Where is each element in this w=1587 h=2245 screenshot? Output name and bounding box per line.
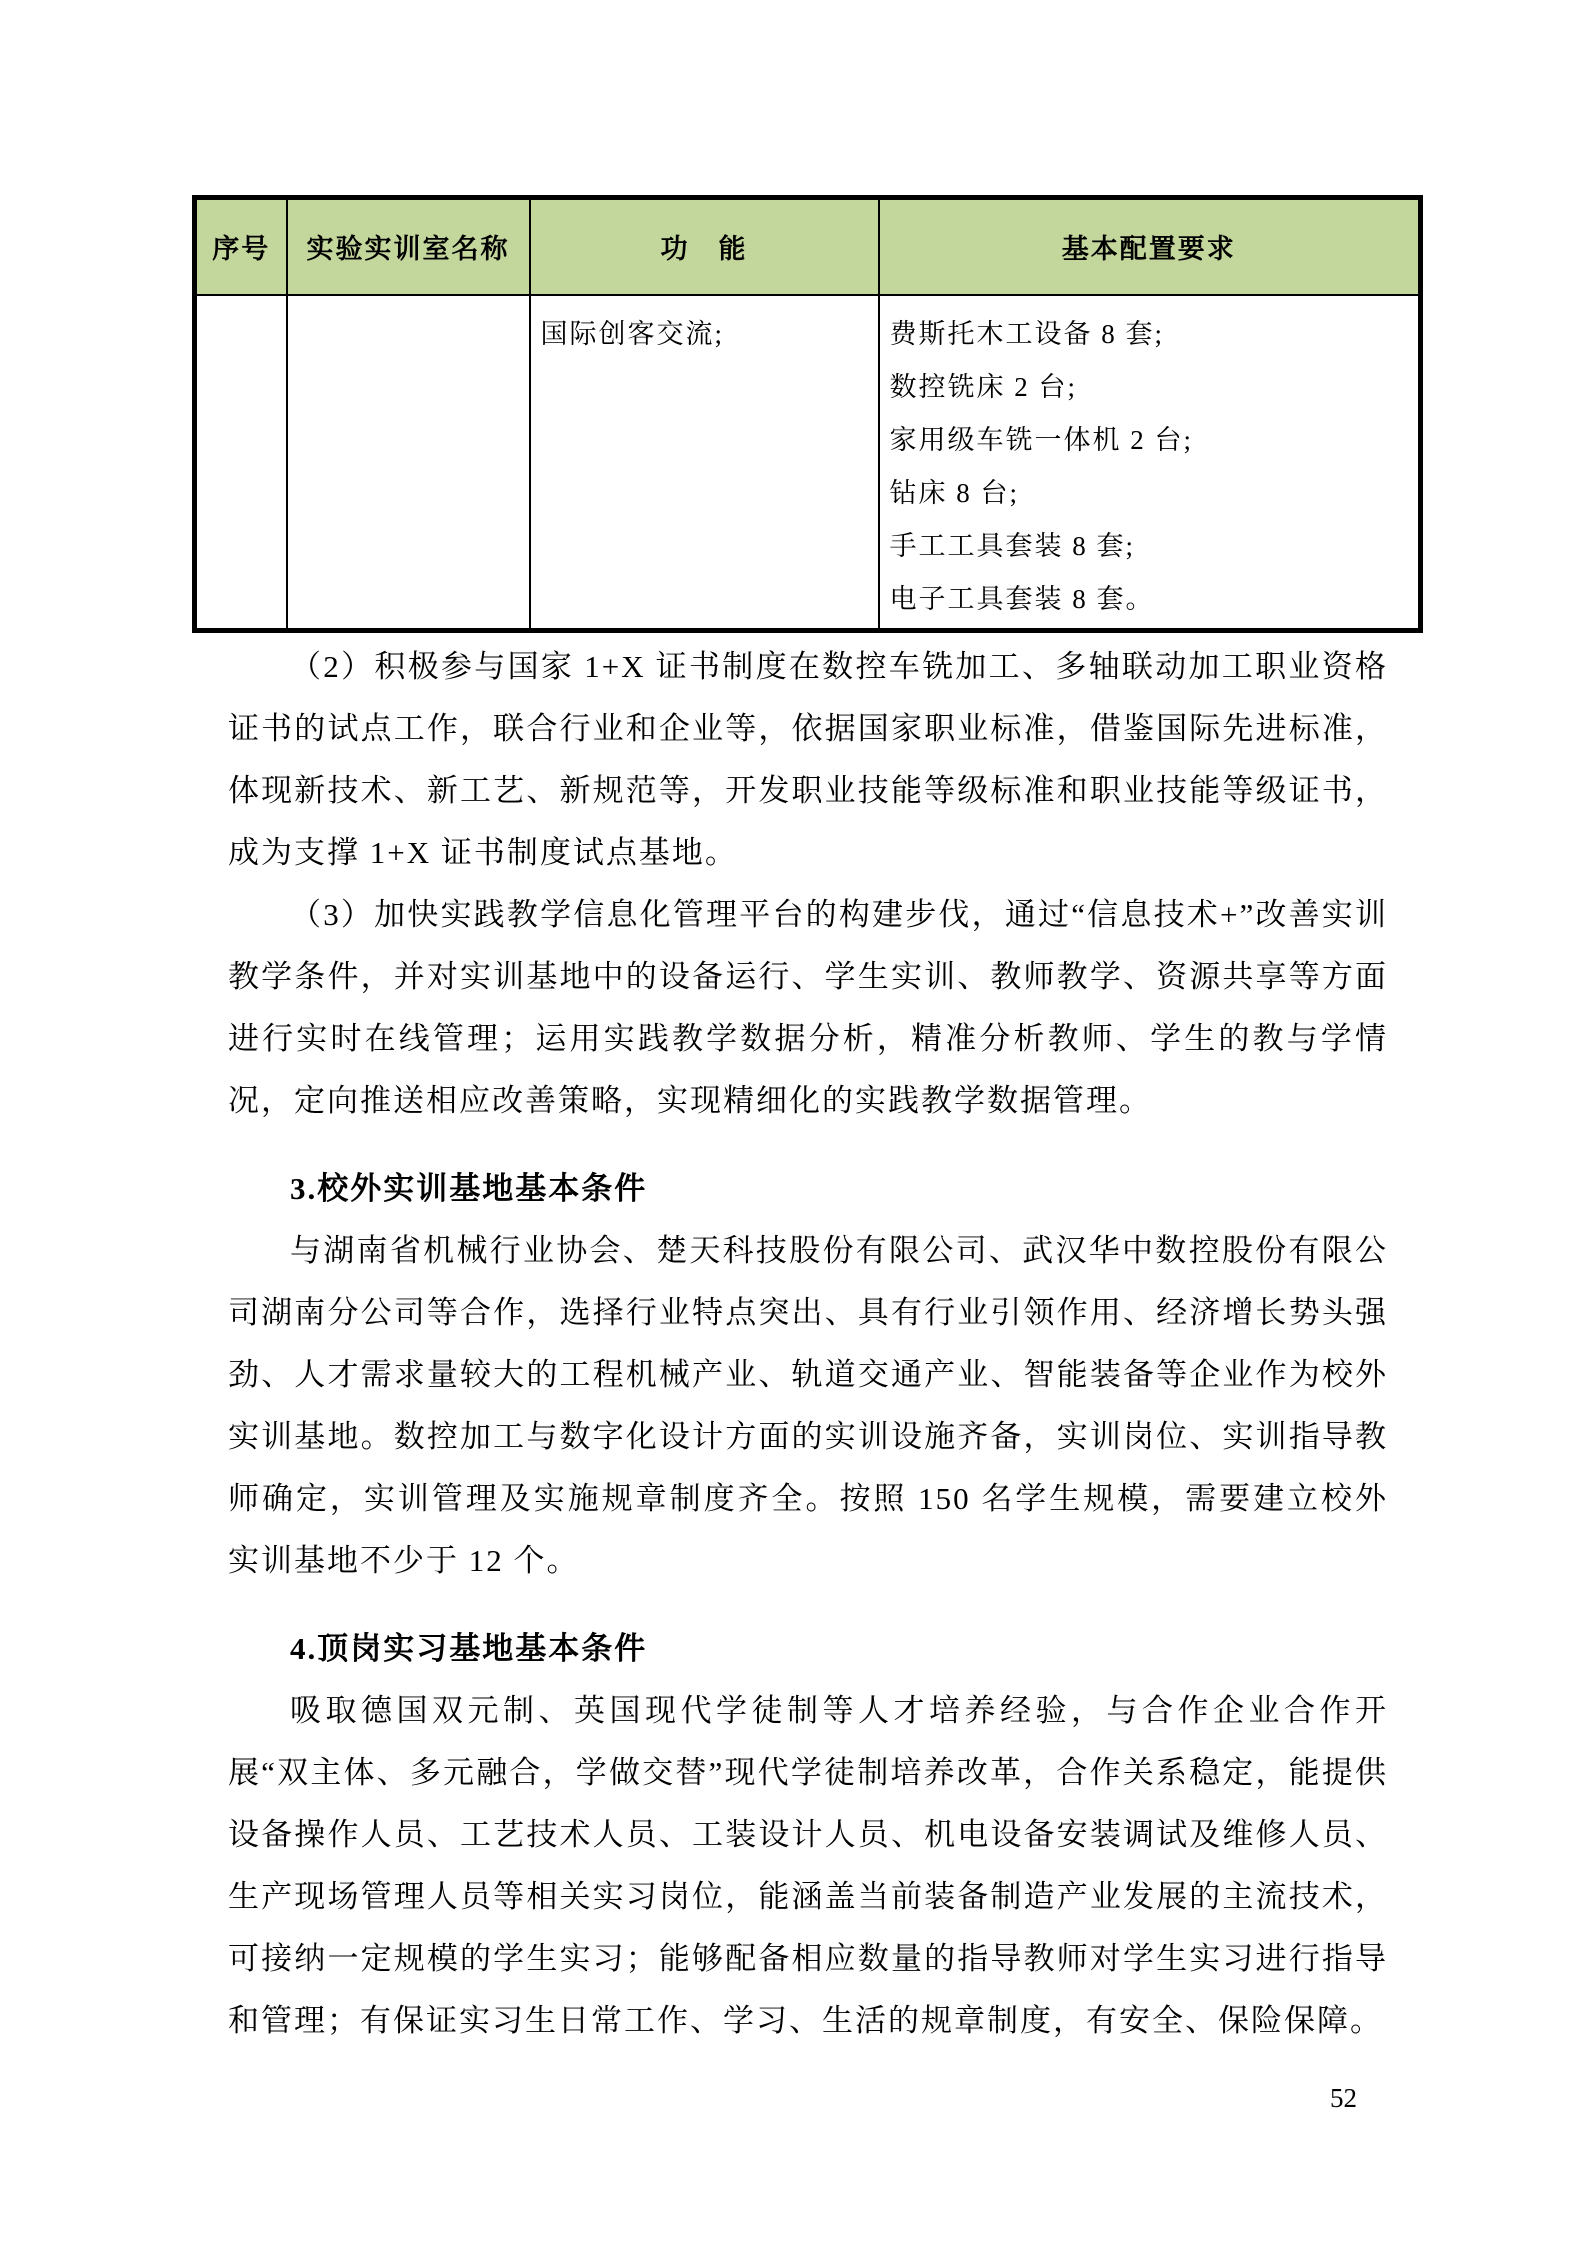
section-heading-3: 3.校外实训基地基本条件 <box>228 1158 1388 1220</box>
table-row: 国际创客交流; 费斯托木工设备 8 套; 数控铣床 2 台; 家用级车铣一体机 … <box>195 295 1421 631</box>
document-page: 序号 实验实训室名称 功 能 基本配置要求 国际创客交流; 费斯托木工设备 8 … <box>0 0 1587 2245</box>
cell-function: 国际创客交流; <box>530 295 879 631</box>
body-text: （2）积极参与国家 1+X 证书制度在数控车铣加工、多轴联动加工职业资格证书的试… <box>228 636 1388 2052</box>
section-heading-4: 4.顶岗实习基地基本条件 <box>228 1618 1388 1680</box>
paragraph-2: （2）积极参与国家 1+X 证书制度在数控车铣加工、多轴联动加工职业资格证书的试… <box>228 636 1388 884</box>
page-number: 52 <box>1330 2082 1357 2114</box>
col-header-room-name: 实验实训室名称 <box>287 198 530 295</box>
table-header-row: 序号 实验实训室名称 功 能 基本配置要求 <box>195 198 1421 295</box>
section-4-body: 吸取德国双元制、英国现代学徒制等人才培养经验，与合作企业合作开展“双主体、多元融… <box>228 1680 1388 2052</box>
col-header-seq: 序号 <box>195 198 287 295</box>
cell-room-name <box>287 295 530 631</box>
requirement-line: 钻床 8 台; <box>890 467 1409 520</box>
requirement-line: 数控铣床 2 台; <box>890 361 1409 414</box>
function-line: 国际创客交流; <box>541 308 868 361</box>
cell-requirements: 费斯托木工设备 8 套; 数控铣床 2 台; 家用级车铣一体机 2 台; 钻床 … <box>879 295 1421 631</box>
col-header-function: 功 能 <box>530 198 879 295</box>
requirement-line: 电子工具套装 8 套。 <box>890 573 1409 626</box>
col-header-requirements: 基本配置要求 <box>879 198 1421 295</box>
requirement-line: 家用级车铣一体机 2 台; <box>890 414 1409 467</box>
requirement-line: 手工工具套装 8 套; <box>890 520 1409 573</box>
requirement-line: 费斯托木工设备 8 套; <box>890 308 1409 361</box>
cell-seq <box>195 295 287 631</box>
paragraph-3: （3）加快实践教学信息化管理平台的构建步伐，通过“信息技术+”改善实训教学条件，… <box>228 884 1388 1132</box>
facility-table: 序号 实验实训室名称 功 能 基本配置要求 国际创客交流; 费斯托木工设备 8 … <box>192 195 1423 633</box>
section-3-body: 与湖南省机械行业协会、楚天科技股份有限公司、武汉华中数控股份有限公司湖南分公司等… <box>228 1220 1388 1592</box>
